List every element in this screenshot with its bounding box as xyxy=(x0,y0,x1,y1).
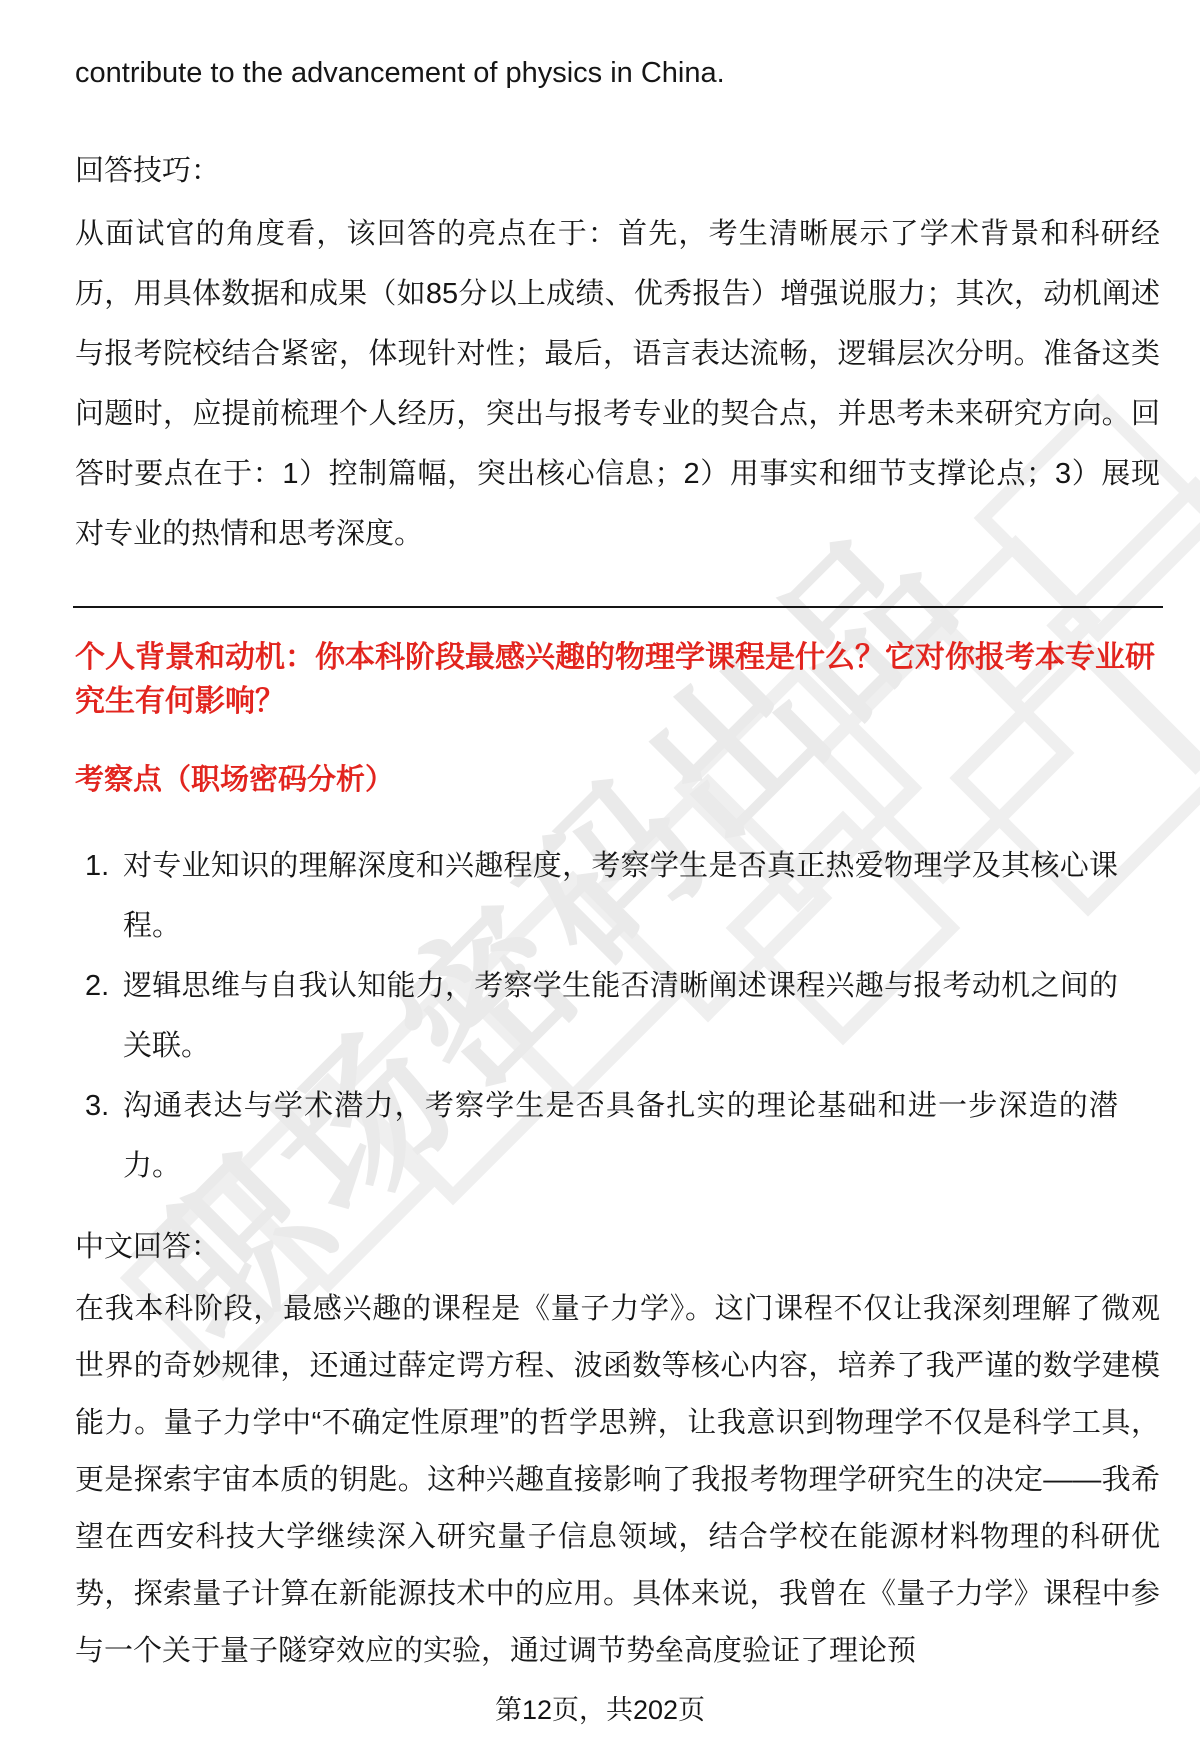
document-page: 职场密码出品 contribute to the advancement of … xyxy=(0,0,1200,1755)
section-divider xyxy=(73,606,1163,608)
list-item-text: 沟通表达与学术潜力，考察学生是否具备扎实的理论基础和进一步深造的潜力。 xyxy=(123,1076,1118,1196)
list-item-text: 对专业知识的理解深度和兴趣程度，考察学生是否真正热爱物理学及其核心课程。 xyxy=(123,836,1118,956)
list-number: 2. xyxy=(85,956,123,1076)
exam-points-list: 1. 对专业知识的理解深度和兴趣程度，考察学生是否真正热爱物理学及其核心课程。 … xyxy=(75,836,1160,1196)
english-paragraph: contribute to the advancement of physics… xyxy=(75,52,725,94)
exam-points-heading: 考察点（职场密码分析） xyxy=(75,757,394,798)
list-number: 3. xyxy=(85,1076,123,1196)
exam-point-item: 2. 逻辑思维与自我认知能力，考察学生能否清晰阐述课程兴趣与报考动机之间的关联。 xyxy=(75,956,1160,1076)
answer-tips-label: 回答技巧： xyxy=(75,148,220,189)
list-number: 1. xyxy=(85,836,123,956)
question-heading: 个人背景和动机：你本科阶段最感兴趣的物理学课程是什么？它对你报考本专业研究生有何… xyxy=(75,636,1170,724)
chinese-answer-paragraph: 在我本科阶段，最感兴趣的课程是《量子力学》。这门课程不仅让我深刻理解了微观世界的… xyxy=(75,1281,1160,1680)
exam-point-item: 3. 沟通表达与学术潜力，考察学生是否具备扎实的理论基础和进一步深造的潜力。 xyxy=(75,1076,1160,1196)
page-number-footer: 第12页，共202页 xyxy=(0,1688,1200,1727)
exam-point-item: 1. 对专业知识的理解深度和兴趣程度，考察学生是否真正热爱物理学及其核心课程。 xyxy=(75,836,1160,956)
chinese-answer-label: 中文回答： xyxy=(75,1224,220,1265)
answer-tips-paragraph: 从面试官的角度看，该回答的亮点在于：首先，考生清晰展示了学术背景和科研经历，用具… xyxy=(75,204,1160,564)
list-item-text: 逻辑思维与自我认知能力，考察学生能否清晰阐述课程兴趣与报考动机之间的关联。 xyxy=(123,956,1118,1076)
